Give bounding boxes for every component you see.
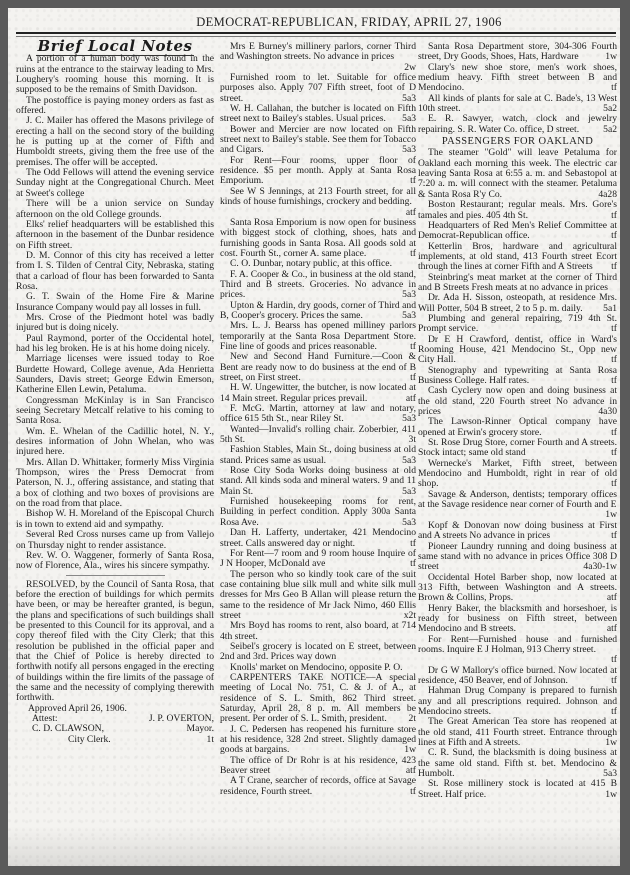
notice-text: Dan H. Lafferty, undertaker, 421 Mendoci…	[220, 527, 416, 548]
notice-text: The postoffice is paying money orders as…	[16, 95, 214, 116]
left-items: A portion of a human body was found in t…	[16, 54, 214, 571]
notice-item: D. M. Connor of this city has received a…	[16, 251, 214, 292]
notice-item: Mrs. Allan D. Whittaker, formerly Miss V…	[16, 458, 214, 510]
notice-item: Paul Raymond, porter of the Occidental h…	[16, 334, 214, 355]
notice-item: A T Crane, searcher of records, office a…	[220, 776, 416, 797]
notice-item: The postoffice is paying money orders as…	[16, 96, 214, 117]
notice-text: Santa Rosa Emporium is now open for busi…	[220, 217, 416, 259]
notice-text: The Lawson-Rinner Optical company have o…	[418, 416, 617, 437]
notice-text: Clary's new shoe store, men's work shoes…	[418, 62, 617, 94]
notice-text: The office of Dr Rohr is at his residenc…	[220, 755, 416, 776]
notice-item: Dan H. Lafferty, undertaker, 421 Mendoci…	[220, 528, 416, 549]
notice-item: CARPENTERS TAKE NOTICE—A special meeting…	[220, 673, 416, 725]
notice-item: There will be a union service on Sunday …	[16, 199, 214, 220]
notice-item: Furnished housekeeping rooms for rent, B…	[220, 497, 416, 528]
notice-text: The Great American Tea store has reopene…	[418, 716, 617, 748]
notice-text: Occidental Hotel Barber shop, now locate…	[418, 572, 617, 604]
notice-item: E. R. Sawyer, watch, clock and jewelry r…	[418, 114, 617, 135]
notice-text: Rev. W. O. Waggener, formerly of Santa R…	[16, 550, 214, 571]
notice-item: Fashion Stables, Main St., doing busines…	[220, 445, 416, 466]
paper-shading	[8, 826, 620, 866]
divider	[66, 575, 165, 576]
notice-item: For Rent—Four rooms, upper floor of resi…	[220, 156, 416, 187]
section-heading: Brief Local Notes	[16, 41, 214, 51]
notice-text: A portion of a human body was found in t…	[16, 53, 214, 95]
notice-text: Paul Raymond, porter of the Occidental h…	[16, 333, 214, 354]
notice-text: Steinbring's meat market at the corner o…	[418, 272, 617, 293]
notice-text: Mrs. L. J. Bearss has opened milliney pa…	[220, 320, 416, 352]
notice-item: St. Rose millinery stock is located at 4…	[418, 779, 617, 800]
clerk-title: City Clerk.	[68, 734, 111, 745]
notice-text: For Rent—Four rooms, upper floor of resi…	[220, 155, 416, 187]
notice-item: The Lawson-Rinner Optical company have o…	[418, 417, 617, 438]
notice-text: J. C. Mailer has offered the Masons priv…	[16, 115, 214, 167]
notice-text: Congressman McKinlay is in San Francisco…	[16, 395, 214, 427]
subhead-passengers-for-oakland: PASSENGERS FOR OAKLAND	[418, 137, 617, 147]
insertion-tag: 5a2	[587, 125, 617, 135]
notice-item: Mrs. Crose of the Piedmont hotel was bad…	[16, 313, 214, 334]
notice-item: Kopf & Donovan now doing business at Fir…	[418, 521, 617, 542]
notice-item: Rev. W. O. Waggener, formerly of Santa R…	[16, 551, 214, 572]
notice-text: Kopf & Donovan now doing business at Fir…	[418, 520, 617, 541]
notice-text: Plumbing and general repairing, 719 4th …	[418, 313, 617, 334]
notice-text: The person who so kindly took care of th…	[220, 569, 416, 621]
insertion-tag: 1w	[589, 790, 617, 800]
notice-item: Santa Rosa Department store, 304-306 Fou…	[418, 42, 617, 63]
notice-text: Hahman Drug Company is prepared to furni…	[418, 685, 617, 717]
notice-item: Headquarters of Red Men's Relief Committ…	[418, 221, 617, 242]
notice-item: The person who so kindly took care of th…	[220, 570, 416, 622]
notice-text: Stenography and typewriting at Santa Ros…	[418, 365, 617, 386]
notice-item: St. Rose Drug Store, corner Fourth and A…	[418, 438, 617, 459]
notice-item: Dr. Ada H. Sisson, osteopath, at residen…	[418, 293, 617, 314]
notice-item: New and Second Hand Furniture.—Coon & Be…	[220, 352, 416, 383]
notice-item: Seibel's grocery is located on E street,…	[220, 642, 416, 663]
notice-item: Mrs Boyd has rooms to rent, also board, …	[220, 621, 416, 642]
notice-item: C. R. Sund, the blacksmith is doing busi…	[418, 748, 617, 779]
notice-item: The office of Dr Rohr is at his residenc…	[220, 756, 416, 777]
middle-column: Mrs E Burney's millinery parlors, corner…	[220, 42, 416, 797]
notice-text: Bishop W. H. Moreland of the Episcopal C…	[16, 508, 214, 529]
right-column: Santa Rosa Department store, 304-306 Fou…	[418, 42, 617, 800]
notice-text: St. Rose Drug Store, corner Fourth and A…	[418, 437, 617, 458]
notice-item: Several Red Cross nurses came up from Va…	[16, 530, 214, 551]
notice-item: Bower and Mercier are now located on Fif…	[220, 125, 416, 156]
notice-item: Mrs E Burney's millinery parlors, corner…	[220, 42, 416, 73]
notice-item: F. A. Cooper & Co., in business at the o…	[220, 270, 416, 301]
notice-text: Boston Restaurant; regular meals. Mrs. G…	[418, 199, 617, 220]
notice-text: A T Crane, searcher of records, office a…	[220, 775, 416, 796]
notice-text: Ketterlin Bros, hardware and agricultura…	[418, 241, 617, 273]
middle-items: Mrs E Burney's millinery parlors, corner…	[220, 42, 416, 797]
notice-item: Cash Cyclery now open and doing business…	[418, 386, 617, 417]
notice-item: Elks' relief headquarters will be establ…	[16, 220, 214, 251]
notice-item: Hahman Drug Company is prepared to furni…	[418, 686, 617, 717]
notice-item: For Rent—Furnished house and furnished r…	[418, 635, 617, 666]
notice-item: F. McG. Martin, attorney at law and nota…	[220, 404, 416, 425]
insertion-tag: tf	[394, 249, 416, 259]
notice-item: Wm. E. Whelan of the Cadillic hotel, N. …	[16, 427, 214, 458]
notice-text: Elks' relief headquarters will be establ…	[16, 219, 214, 251]
notice-text: J. C. Pedersen has reopened his furnitur…	[220, 724, 416, 756]
notice-text: Seibel's grocery is located on E street,…	[220, 641, 416, 662]
clerk-name: C. D. CLAWSON,	[32, 723, 104, 734]
notice-item: All kinds of plants for sale at C. Bade'…	[418, 94, 617, 115]
notice-item: Henry Baker, the blacksmith and horsesho…	[418, 604, 617, 635]
notice-text: Headquarters of Red Men's Relief Committ…	[418, 220, 617, 241]
notice-text: Mrs. Crose of the Piedmont hotel was bad…	[16, 312, 214, 333]
notice-item: Clary's new shoe store, men's work shoes…	[418, 63, 617, 94]
notice-item: Mrs. L. J. Bearss has opened milliney pa…	[220, 321, 416, 352]
notice-text: H. W. Ungewitter, the butcher, is now lo…	[220, 382, 416, 403]
notice-item: J. C. Mailer has offered the Masons priv…	[16, 116, 214, 168]
notice-item: Steinbring's meat market at the corner o…	[418, 273, 617, 294]
notice-text: Wm. E. Whelan of the Cadillic hotel, N. …	[16, 426, 214, 458]
notice-text: Savage & Anderson, dentists; temporary o…	[418, 489, 617, 510]
notice-text: G. T. Swain of the Home Fire & Marine In…	[16, 291, 214, 312]
notice-item: Wanted—Invalid's rolling chair. Zoberbie…	[220, 425, 416, 446]
notice-text: New and Second Hand Furniture.—Coon & Be…	[220, 351, 416, 383]
attest-label: Attest:	[32, 713, 58, 724]
notice-item: Rose City Soda Works doing business at o…	[220, 466, 416, 497]
left-column: Brief Local Notes A portion of a human b…	[16, 42, 214, 745]
notice-text: Wanted—Invalid's rolling chair. Zoberbie…	[220, 424, 416, 445]
notice-item: Congressman McKinlay is in San Francisco…	[16, 396, 214, 427]
notice-item: The Odd Fellows will attend the evening …	[16, 168, 214, 199]
notice-item: G. T. Swain of the Home Fire & Marine In…	[16, 292, 214, 313]
notice-item: Boston Restaurant; regular meals. Mrs. G…	[418, 200, 617, 221]
insertion-tag: 1t	[207, 735, 214, 745]
notice-item: Bishop W. H. Moreland of the Episcopal C…	[16, 509, 214, 530]
notice-item: See W S Jennings, at 213 Fourth street, …	[220, 187, 416, 218]
notice-item: Pioneer Laundry running and doing busine…	[418, 542, 617, 573]
notice-item: Savage & Anderson, dentists; temporary o…	[418, 490, 617, 521]
notice-text: The Odd Fellows will attend the evening …	[16, 167, 214, 199]
resolution-text: RESOLVED, by the Council of Santa Rosa, …	[16, 580, 214, 704]
notice-item: The steamer "Gold" will leave Petaluma f…	[418, 148, 617, 200]
notice-text: Mrs Boyd has rooms to rent, also board, …	[220, 620, 416, 641]
notice-item: For Rent—7 room and 9 room house Inquire…	[220, 549, 416, 570]
masthead: DEMOCRAT-REPUBLICAN, FRIDAY, APRIL 27, 1…	[8, 15, 620, 30]
notice-item: Occidental Hotel Barber shop, now locate…	[418, 573, 617, 604]
notice-item: Dr G W Mallory's office burned. Now loca…	[418, 666, 617, 687]
notice-text: Mrs. Allan D. Whittaker, formerly Miss V…	[16, 457, 214, 509]
notice-text: For Rent—Furnished house and furnished r…	[418, 634, 617, 655]
notice-text: D. M. Connor of this city has received a…	[16, 250, 214, 292]
right-items-top: Santa Rosa Department store, 304-306 Fou…	[418, 42, 617, 135]
right-items-bottom: The steamer "Gold" will leave Petaluma f…	[418, 148, 617, 800]
notice-text: CARPENTERS TAKE NOTICE—A special meeting…	[220, 672, 416, 724]
notice-text: Mrs E Burney's millinery parlors, corner…	[220, 41, 416, 62]
notice-item: Dr E H Crawford, dentist, office in Ward…	[418, 335, 617, 366]
notice-item: Stenography and typewriting at Santa Ros…	[418, 366, 617, 387]
notice-text: Knolls' market on Mendocino, opposite P.…	[230, 662, 403, 673]
notice-text: Several Red Cross nurses came up from Va…	[16, 529, 214, 550]
notice-item: H. W. Ungewitter, the butcher, is now lo…	[220, 383, 416, 404]
notice-text: Henry Baker, the blacksmith and horsesho…	[418, 603, 617, 635]
notice-text: Dr E H Crawford, dentist, office in Ward…	[418, 334, 617, 366]
masthead-rule-thick	[16, 32, 616, 34]
insertion-tag: tf	[394, 787, 416, 797]
notice-item: The Great American Tea store has reopene…	[418, 717, 617, 748]
notice-text: Wernecke's Market, Fifth street, between…	[418, 458, 617, 490]
resolution-clerk-title-line: City Clerk. 1t	[16, 735, 214, 745]
masthead-title: DEMOCRAT-REPUBLICAN, FRIDAY, APRIL 27, 1…	[196, 15, 502, 29]
notice-item: J. C. Pedersen has reopened his furnitur…	[220, 725, 416, 756]
notice-item: Plumbing and general repairing, 719 4th …	[418, 314, 617, 335]
notice-text: St. Rose millinery stock is located at 4…	[418, 778, 617, 799]
notice-text: There will be a union service on Sunday …	[16, 198, 214, 219]
notice-text: Dr G W Mallory's office burned. Now loca…	[418, 665, 617, 686]
notice-item: Furnished room to let. Suitable for offi…	[220, 73, 416, 104]
notice-item: Upton & Hardin, dry goods, corner of Thi…	[220, 301, 416, 322]
notice-item: Santa Rosa Emporium is now open for busi…	[220, 218, 416, 259]
notice-text: Marriage licenses were issued today to R…	[16, 353, 214, 395]
notice-text: For Rent—7 room and 9 room house Inquire…	[220, 548, 416, 569]
notice-item: A portion of a human body was found in t…	[16, 54, 214, 95]
notice-item: W. H. Callahan, the butcher is located o…	[220, 104, 416, 125]
newspaper-page: DEMOCRAT-REPUBLICAN, FRIDAY, APRIL 27, 1…	[8, 8, 620, 866]
notice-item: Marriage licenses were issued today to R…	[16, 354, 214, 395]
notice-text: Santa Rosa Department store, 304-306 Fou…	[418, 41, 617, 62]
notice-text: See W S Jennings, at 213 Fourth street, …	[220, 186, 416, 207]
notice-text: C. O. Dunbar, notary public, at this off…	[230, 258, 392, 269]
notice-item: Ketterlin Bros, hardware and agricultura…	[418, 242, 617, 273]
notice-item: Wernecke's Market, Fifth street, between…	[418, 459, 617, 490]
resolution-clerk-line: C. D. CLAWSON, Mayor.	[16, 724, 214, 734]
